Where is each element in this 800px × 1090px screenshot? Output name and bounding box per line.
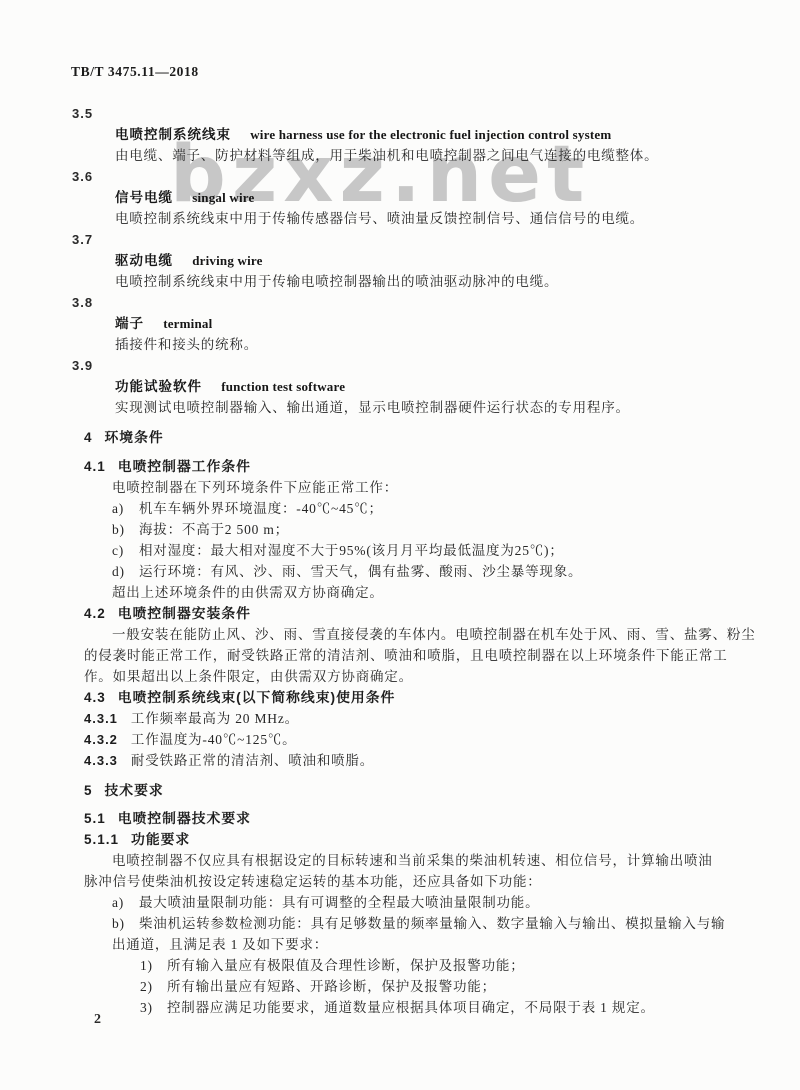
- section-title: 环境条件: [105, 430, 164, 445]
- list-item-marker: d): [112, 561, 139, 582]
- subclause: 4.3.1工作频率最高为 20 MHz。: [84, 708, 734, 729]
- sub-list-item-marker: 3): [140, 997, 167, 1018]
- paragraph-line: 脉冲信号使柴油机按设定转速稳定运转的基本功能，还应具备如下功能：: [84, 871, 734, 892]
- subsection-heading: 4.1电喷控制器工作条件: [84, 456, 734, 477]
- subsection-title: 电喷控制器工作条件: [118, 459, 251, 474]
- document-body: 3.5 电喷控制系统线束 wire harness use for the el…: [84, 99, 734, 1018]
- sub-list-item-text: 所有输出量应有短路、开路诊断，保护及报警功能；: [167, 979, 496, 994]
- subclause: 4.3.2工作温度为-40℃~125℃。: [84, 729, 734, 750]
- subclause-number: 4.3.1: [84, 711, 118, 726]
- definition-term: 驱动电缆: [115, 253, 173, 268]
- sub-list-item: 2)所有输出量应有短路、开路诊断，保护及报警功能；: [84, 976, 734, 997]
- definition-english-term: function test software: [221, 379, 345, 394]
- list-item: c)相对湿度：最大相对湿度不大于95%(该月月平均最低温度为25℃)；: [84, 540, 734, 561]
- subclause-text: 工作频率最高为 20 MHz。: [131, 711, 299, 726]
- sub-list-item-marker: 2): [140, 976, 167, 997]
- paragraph-line: 电喷控制器在下列环境条件下应能正常工作：: [84, 477, 734, 498]
- paragraph-line: 超出上述环境条件的由供需双方协商确定。: [84, 582, 734, 603]
- paragraph-line: 电喷控制器不仅应具有根据设定的目标转速和当前采集的柴油机转速、相位信号，计算输出…: [84, 850, 734, 871]
- definition-body: 电喷控制系统线束中用于传输电喷控制器输出的喷油驱动脉冲的电缆。: [115, 271, 734, 292]
- definition-term-line: 驱动电缆 driving wire: [115, 250, 734, 271]
- definition-body: 由电缆、端子、防护材料等组成，用于柴油机和电喷控制器之间电气连接的电缆整体。: [115, 145, 734, 166]
- subclause-number: 4.3.2: [84, 732, 118, 747]
- subsection-number: 4.3: [84, 690, 106, 705]
- sub-list-item: 3)控制器应满足功能要求，通道数量应根据具体项目确定，不局限于表 1 规定。: [84, 997, 734, 1018]
- clause-number: 3.5: [72, 103, 734, 124]
- list-item-marker: b): [112, 913, 139, 934]
- section-heading: 4环境条件: [84, 427, 734, 448]
- list-item-marker: a): [112, 498, 139, 519]
- clause-number: 3.8: [72, 292, 734, 313]
- sub-list-item-marker: 1): [140, 955, 167, 976]
- subsection-title: 电喷控制系统线束(以下简称线束)使用条件: [118, 690, 396, 705]
- section-title: 技术要求: [105, 783, 164, 798]
- list-item-marker: a): [112, 892, 139, 913]
- definition-term: 端子: [115, 316, 144, 331]
- subsection-number: 5.1.1: [84, 832, 119, 847]
- list-item: a)最大喷油量限制功能：具有可调整的全程最大喷油量限制功能。: [84, 892, 734, 913]
- list-item-text: 海拔：不高于2 500 m；: [139, 522, 289, 537]
- subsection-heading: 4.3电喷控制系统线束(以下简称线束)使用条件: [84, 687, 734, 708]
- sub-list-item-text: 所有输入量应有极限值及合理性诊断，保护及报警功能；: [167, 958, 525, 973]
- list-item-text: 相对湿度：最大相对湿度不大于95%(该月月平均最低温度为25℃)；: [139, 543, 564, 558]
- definition-term: 功能试验软件: [115, 379, 202, 394]
- definition-term: 电喷控制系统线束: [115, 127, 231, 142]
- definition-english-term: wire harness use for the electronic fuel…: [250, 127, 611, 142]
- list-item-text: 机车车辆外界环境温度：-40℃~45℃；: [139, 501, 383, 516]
- list-item-text: 运行环境：有风、沙、雨、雪天气，偶有盐雾、酸雨、沙尘暴等现象。: [139, 564, 582, 579]
- list-item-marker: c): [112, 540, 139, 561]
- subsection-number: 4.1: [84, 459, 106, 474]
- list-item: a)机车车辆外界环境温度：-40℃~45℃；: [84, 498, 734, 519]
- subclause-text: 耐受铁路正常的清洁剂、喷油和喷脂。: [131, 753, 374, 768]
- subclause-number: 4.3.3: [84, 753, 118, 768]
- clause-number: 3.7: [72, 229, 734, 250]
- subclause: 4.3.3耐受铁路正常的清洁剂、喷油和喷脂。: [84, 750, 734, 771]
- definition-english-term: driving wire: [192, 253, 262, 268]
- section-number: 5: [84, 783, 93, 798]
- subsection-number: 4.2: [84, 606, 106, 621]
- paragraph-line: 作。如果超出以上条件限定，由供需双方协商确定。: [84, 666, 734, 687]
- definition-english-term: terminal: [163, 316, 212, 331]
- page-number: 2: [94, 1012, 101, 1028]
- list-item: b)海拔：不高于2 500 m；: [84, 519, 734, 540]
- subsection-heading: 4.2电喷控制器安装条件: [84, 603, 734, 624]
- definition-term-line: 端子 terminal: [115, 313, 734, 334]
- sub-list-item: 1)所有输入量应有极限值及合理性诊断，保护及报警功能；: [84, 955, 734, 976]
- list-item-text: 最大喷油量限制功能：具有可调整的全程最大喷油量限制功能。: [139, 895, 539, 910]
- subsection-number: 5.1: [84, 811, 106, 826]
- list-item-continuation: 出通道，且满足表 1 及如下要求：: [84, 934, 734, 955]
- subsection-title: 功能要求: [131, 832, 190, 847]
- list-item-marker: b): [112, 519, 139, 540]
- list-item: d)运行环境：有风、沙、雨、雪天气，偶有盐雾、酸雨、沙尘暴等现象。: [84, 561, 734, 582]
- clause-number: 3.6: [72, 166, 734, 187]
- subsection-title: 电喷控制器技术要求: [118, 811, 251, 826]
- definition-body: 插接件和接头的统称。: [115, 334, 734, 355]
- definition-term-line: 信号电缆 singal wire: [115, 187, 734, 208]
- subsection-heading: 5.1.1功能要求: [84, 829, 734, 850]
- definition-term-line: 电喷控制系统线束 wire harness use for the electr…: [115, 124, 734, 145]
- subsection-heading: 5.1电喷控制器技术要求: [84, 808, 734, 829]
- paragraph-line: 的侵袭时能正常工作，耐受铁路正常的清洁剂、喷油和喷脂，且电喷控制器在以上环境条件…: [84, 645, 734, 666]
- scanned-standard-page: bzxz.net TB/T 3475.11—2018 3.5 电喷控制系统线束 …: [0, 0, 800, 1090]
- list-item-text: 柴油机运转参数检测功能：具有足够数量的频率量输入、数字量输入与输出、模拟量输入与…: [139, 916, 725, 931]
- section-heading: 5技术要求: [84, 780, 734, 801]
- standard-number-header: TB/T 3475.11—2018: [71, 64, 199, 80]
- definition-term: 信号电缆: [115, 190, 173, 205]
- definition-body: 实现测试电喷控制器输入、输出通道，显示电喷控制器硬件运行状态的专用程序。: [115, 397, 734, 418]
- subsection-title: 电喷控制器安装条件: [118, 606, 251, 621]
- subclause-text: 工作温度为-40℃~125℃。: [131, 732, 297, 747]
- definition-term-line: 功能试验软件 function test software: [115, 376, 734, 397]
- list-item: b)柴油机运转参数检测功能：具有足够数量的频率量输入、数字量输入与输出、模拟量输…: [84, 913, 734, 934]
- sub-list-item-text: 控制器应满足功能要求，通道数量应根据具体项目确定，不局限于表 1 规定。: [167, 1000, 655, 1015]
- clause-number: 3.9: [72, 355, 734, 376]
- definition-english-term: singal wire: [192, 190, 254, 205]
- definition-body: 电喷控制系统线束中用于传输传感器信号、喷油量反馈控制信号、通信信号的电缆。: [115, 208, 734, 229]
- section-number: 4: [84, 430, 93, 445]
- paragraph-line: 一般安装在能防止风、沙、雨、雪直接侵袭的车体内。电喷控制器在机车处于风、雨、雪、…: [84, 624, 734, 645]
